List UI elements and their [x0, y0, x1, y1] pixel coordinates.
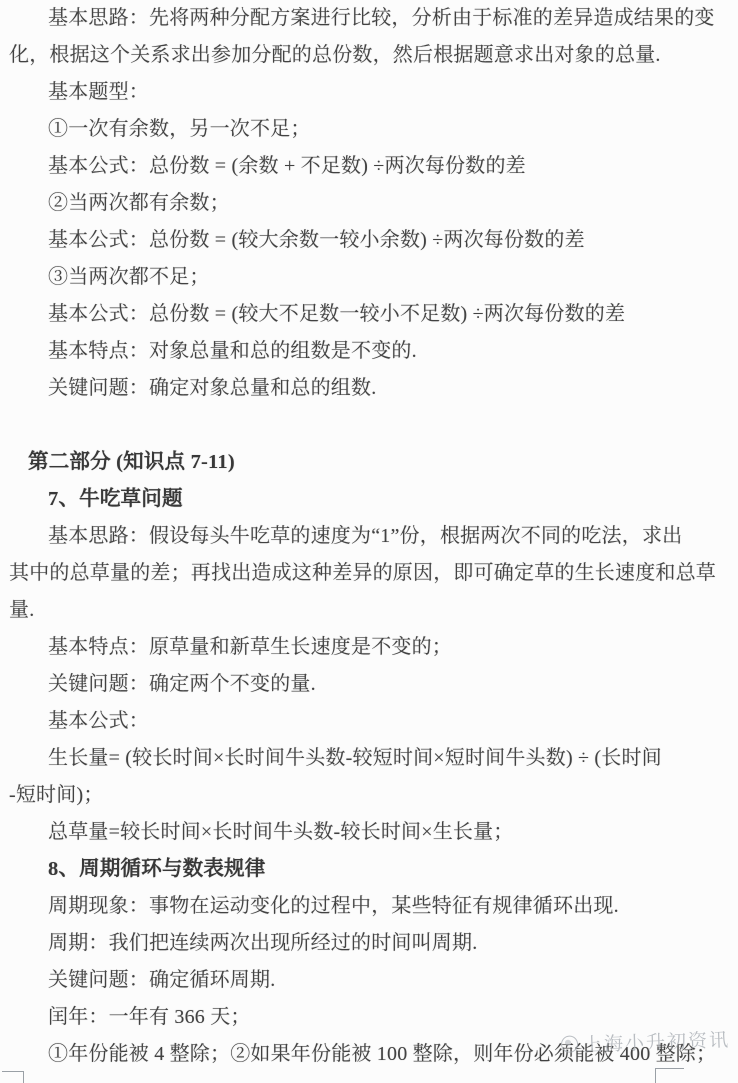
crop-mark-bottom-left — [2, 1071, 24, 1083]
text-line: 基本题型： — [9, 74, 734, 111]
text-line: 基本公式：总份数 = (较大不足数一较小不足数) ÷两次每份数的差 — [9, 296, 734, 333]
document-body: 基本思路：先将两种分配方案进行比较，分析由于标准的差异造成结果的变化，根据这个关… — [9, 0, 734, 1073]
text-line: 基本特点：对象总量和总的组数是不变的. — [9, 333, 734, 370]
crop-mark-bottom-right — [655, 1068, 684, 1083]
text-line: 基本思路：先将两种分配方案进行比较，分析由于标准的差异造成结果的变 — [9, 0, 734, 37]
text-line: ②当两次都有余数； — [9, 185, 734, 222]
text-line: 基本特点：原草量和新草生长速度是不变的； — [9, 629, 734, 666]
text-line: ③当两次都不足； — [9, 259, 734, 296]
text-line: 基本公式： — [9, 703, 734, 740]
text-line: 其中的总草量的差；再找出造成这种差异的原因，即可确定草的生长速度和总草 — [9, 555, 734, 592]
blank-line — [9, 407, 734, 444]
text-line: 关键问题：确定对象总量和总的组数. — [9, 370, 734, 407]
text-line: ①年份能被 4 整除；②如果年份能被 100 整除，则年份必须能被 400 整除… — [9, 1036, 734, 1073]
scanned-document-page: 基本思路：先将两种分配方案进行比较，分析由于标准的差异造成结果的变化，根据这个关… — [0, 0, 738, 1083]
text-line: 生长量= (较长时间×长时间牛头数-较短时间×短时间牛头数) ÷ (长时间 — [9, 740, 734, 777]
text-line: 基本公式：总份数 = (较大余数一较小余数) ÷两次每份数的差 — [9, 222, 734, 259]
section-heading: 第二部分 (知识点 7-11) — [9, 444, 734, 481]
text-line: 总草量=较长时间×长时间牛头数-较长时间×生长量； — [9, 814, 734, 851]
section-heading: 7、牛吃草问题 — [9, 481, 734, 518]
text-line: -短时间)； — [9, 777, 734, 814]
text-line: 化，根据这个关系求出参加分配的总份数，然后根据题意求出对象的总量. — [9, 37, 734, 74]
section-heading: 8、周期循环与数表规律 — [9, 851, 734, 888]
text-line: 关键问题：确定循环周期. — [9, 962, 734, 999]
text-line: 周期现象：事物在运动变化的过程中，某些特征有规律循环出现. — [9, 888, 734, 925]
text-line: 周期：我们把连续两次出现所经过的时间叫周期. — [9, 925, 734, 962]
text-line: 关键问题：确定两个不变的量. — [9, 666, 734, 703]
text-line: 闰年：一年有 366 天； — [9, 999, 734, 1036]
text-line: 基本公式：总份数 = (余数 + 不足数) ÷两次每份数的差 — [9, 148, 734, 185]
text-line: ①一次有余数，另一次不足； — [9, 111, 734, 148]
text-line: 基本思路：假设每头牛吃草的速度为“1”份，根据两次不同的吃法，求出 — [9, 518, 734, 555]
text-line: 量. — [9, 592, 734, 629]
